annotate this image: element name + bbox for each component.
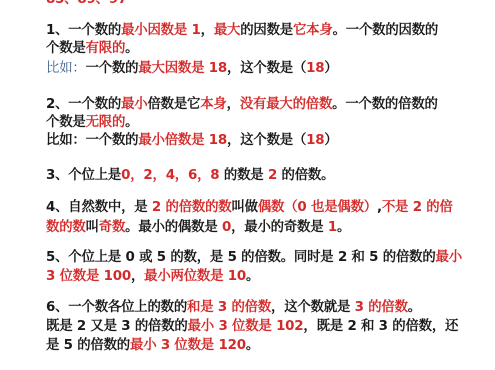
section-4-line-1: 4、自然数中，是 2 的倍数的数叫做偶数（0 也是偶数）,不是 2 的倍	[46, 199, 453, 217]
body-text: 的倍数。	[277, 168, 334, 183]
section-1-line-3: 比如：一个数的最大因数是 18，这个数是（18）	[46, 60, 338, 78]
highlighted-text: 18	[306, 61, 324, 76]
highlighted-text: 2	[268, 168, 277, 183]
highlighted-text: 偶数（0 也是偶数）	[258, 200, 377, 215]
body-text: 叫	[86, 220, 99, 235]
body-text: ，	[227, 97, 240, 112]
highlighted-text: 无限的	[86, 115, 126, 130]
section-2-line-2: 个数是无限的。	[46, 114, 138, 132]
highlighted-text: 最大因数是 18	[138, 61, 227, 76]
highlighted-text: 最小 3 位数是 102	[188, 319, 304, 334]
section-6-line-3: 是 5 的倍数的最小 3 位数是 120。	[46, 337, 259, 355]
highlighted-text: 和是 3 的倍数	[187, 300, 271, 315]
body-text: ，这个数是（	[227, 133, 306, 148]
highlighted-text: 最小两位数是 10	[144, 269, 246, 284]
section-5-line-2: 3 位数是 100，最小两位数是 10。	[46, 268, 259, 286]
section-4-line-2: 数的数叫奇数。最小的偶数是 0，最小的奇数是 1。	[46, 219, 350, 237]
highlighted-text: 1	[328, 220, 337, 235]
body-text: ，既是 2 和 3 的倍数，还	[303, 319, 458, 334]
body-text: 。一个数的倍数的	[332, 97, 438, 112]
section-6-line-1: 6、一个数各位上的数的和是 3 的倍数，这个数就是 3 的倍数。	[46, 299, 421, 317]
body-text: 既是 2 又是 3 的倍数的	[46, 319, 188, 334]
body-text: 。一个数的因数的	[333, 23, 439, 38]
section-1-line-2: 个数是有限的。	[46, 40, 138, 58]
highlighted-text: 最大	[214, 23, 240, 38]
highlighted-text: 0，2，4，6，8	[121, 168, 219, 183]
body-text: 比如：一个数的	[46, 133, 138, 148]
highlighted-text: 最小	[121, 97, 147, 112]
body-text: 6、一个数各位上的数的	[46, 300, 187, 315]
highlighted-text: 本身	[200, 97, 226, 112]
highlighted-text: 2 的倍数的数	[152, 200, 232, 215]
section-1-line-1: 1、一个数的最小因数是 1，最大的因数是它本身。一个数的因数的	[46, 22, 438, 40]
body-text: 3、个位上是	[46, 168, 121, 183]
body-text: 的因数是	[240, 23, 293, 38]
example-label: 比如：	[46, 61, 86, 76]
highlighted-text: 3 的倍数	[355, 300, 408, 315]
body-text: 。	[125, 115, 138, 130]
body-text: 。	[246, 338, 259, 353]
body-text: 是 5 的倍数的	[46, 338, 130, 353]
highlighted-text: 0	[222, 220, 231, 235]
body-text: ，	[131, 269, 144, 284]
section-6-line-2: 既是 2 又是 3 的倍数的最小 3 位数是 102，既是 2 和 3 的倍数，…	[46, 318, 458, 336]
highlighted-text: 不是 2 的倍	[382, 200, 453, 215]
body-text: 倍数是它	[147, 97, 200, 112]
highlighted-text: 它本身	[293, 23, 333, 38]
body-text: ）	[324, 61, 337, 76]
section-5-line-1: 5、个位上是 0 或 5 的数，是 5 的倍数。同时是 2 和 5 的倍数的最小	[46, 249, 462, 267]
highlighted-text: 3 位数是 100	[46, 269, 131, 284]
body-text: 。	[246, 269, 259, 284]
highlighted-text: 最小倍数是 18	[138, 133, 227, 148]
body-text: ）	[324, 133, 337, 148]
body-text: 。	[125, 41, 138, 56]
body-text: 2、一个数的	[46, 97, 121, 112]
highlighted-text: 有限的	[86, 41, 126, 56]
section-2-line-3: 比如：一个数的最小倍数是 18，这个数是（18）	[46, 132, 338, 150]
body-text: 。最小的偶数是	[125, 220, 222, 235]
body-text: 的数是	[219, 168, 268, 183]
highlighted-text: 数的数	[46, 220, 86, 235]
highlighted-text: 最小	[436, 250, 462, 265]
body-text: 4、自然数中，是	[46, 200, 152, 215]
body-text: 5、个位上是 0 或 5 的数，是 5 的倍数。同时是 2 和 5 的倍数的	[46, 250, 436, 265]
body-text: 叫做	[231, 200, 257, 215]
highlighted-text: 没有最大的倍数	[240, 97, 332, 112]
highlighted-text: 最小 3 位数是 120	[130, 338, 246, 353]
body-text: 一个数的	[86, 61, 139, 76]
highlighted-text: 奇数	[99, 220, 125, 235]
highlighted-text: 18	[306, 133, 324, 148]
body-text: ，最小的奇数是	[231, 220, 328, 235]
body-text: 个数是	[46, 115, 86, 130]
body-text: 。	[337, 220, 350, 235]
body-text: ，	[201, 23, 214, 38]
body-text: ，这个数就是	[271, 300, 355, 315]
section-2-line-1: 2、一个数的最小倍数是它本身，没有最大的倍数。一个数的倍数的	[46, 96, 438, 114]
top-partial-line: 85、89、97	[46, 0, 127, 9]
body-text: ，这个数是（	[227, 61, 306, 76]
highlighted-text: 最小因数是 1	[121, 23, 201, 38]
body-text: 。	[408, 300, 421, 315]
section-3-line-1: 3、个位上是0，2，4，6，8 的数是 2 的倍数。	[46, 167, 334, 185]
body-text: 个数是	[46, 41, 86, 56]
body-text: 1、一个数的	[46, 23, 121, 38]
